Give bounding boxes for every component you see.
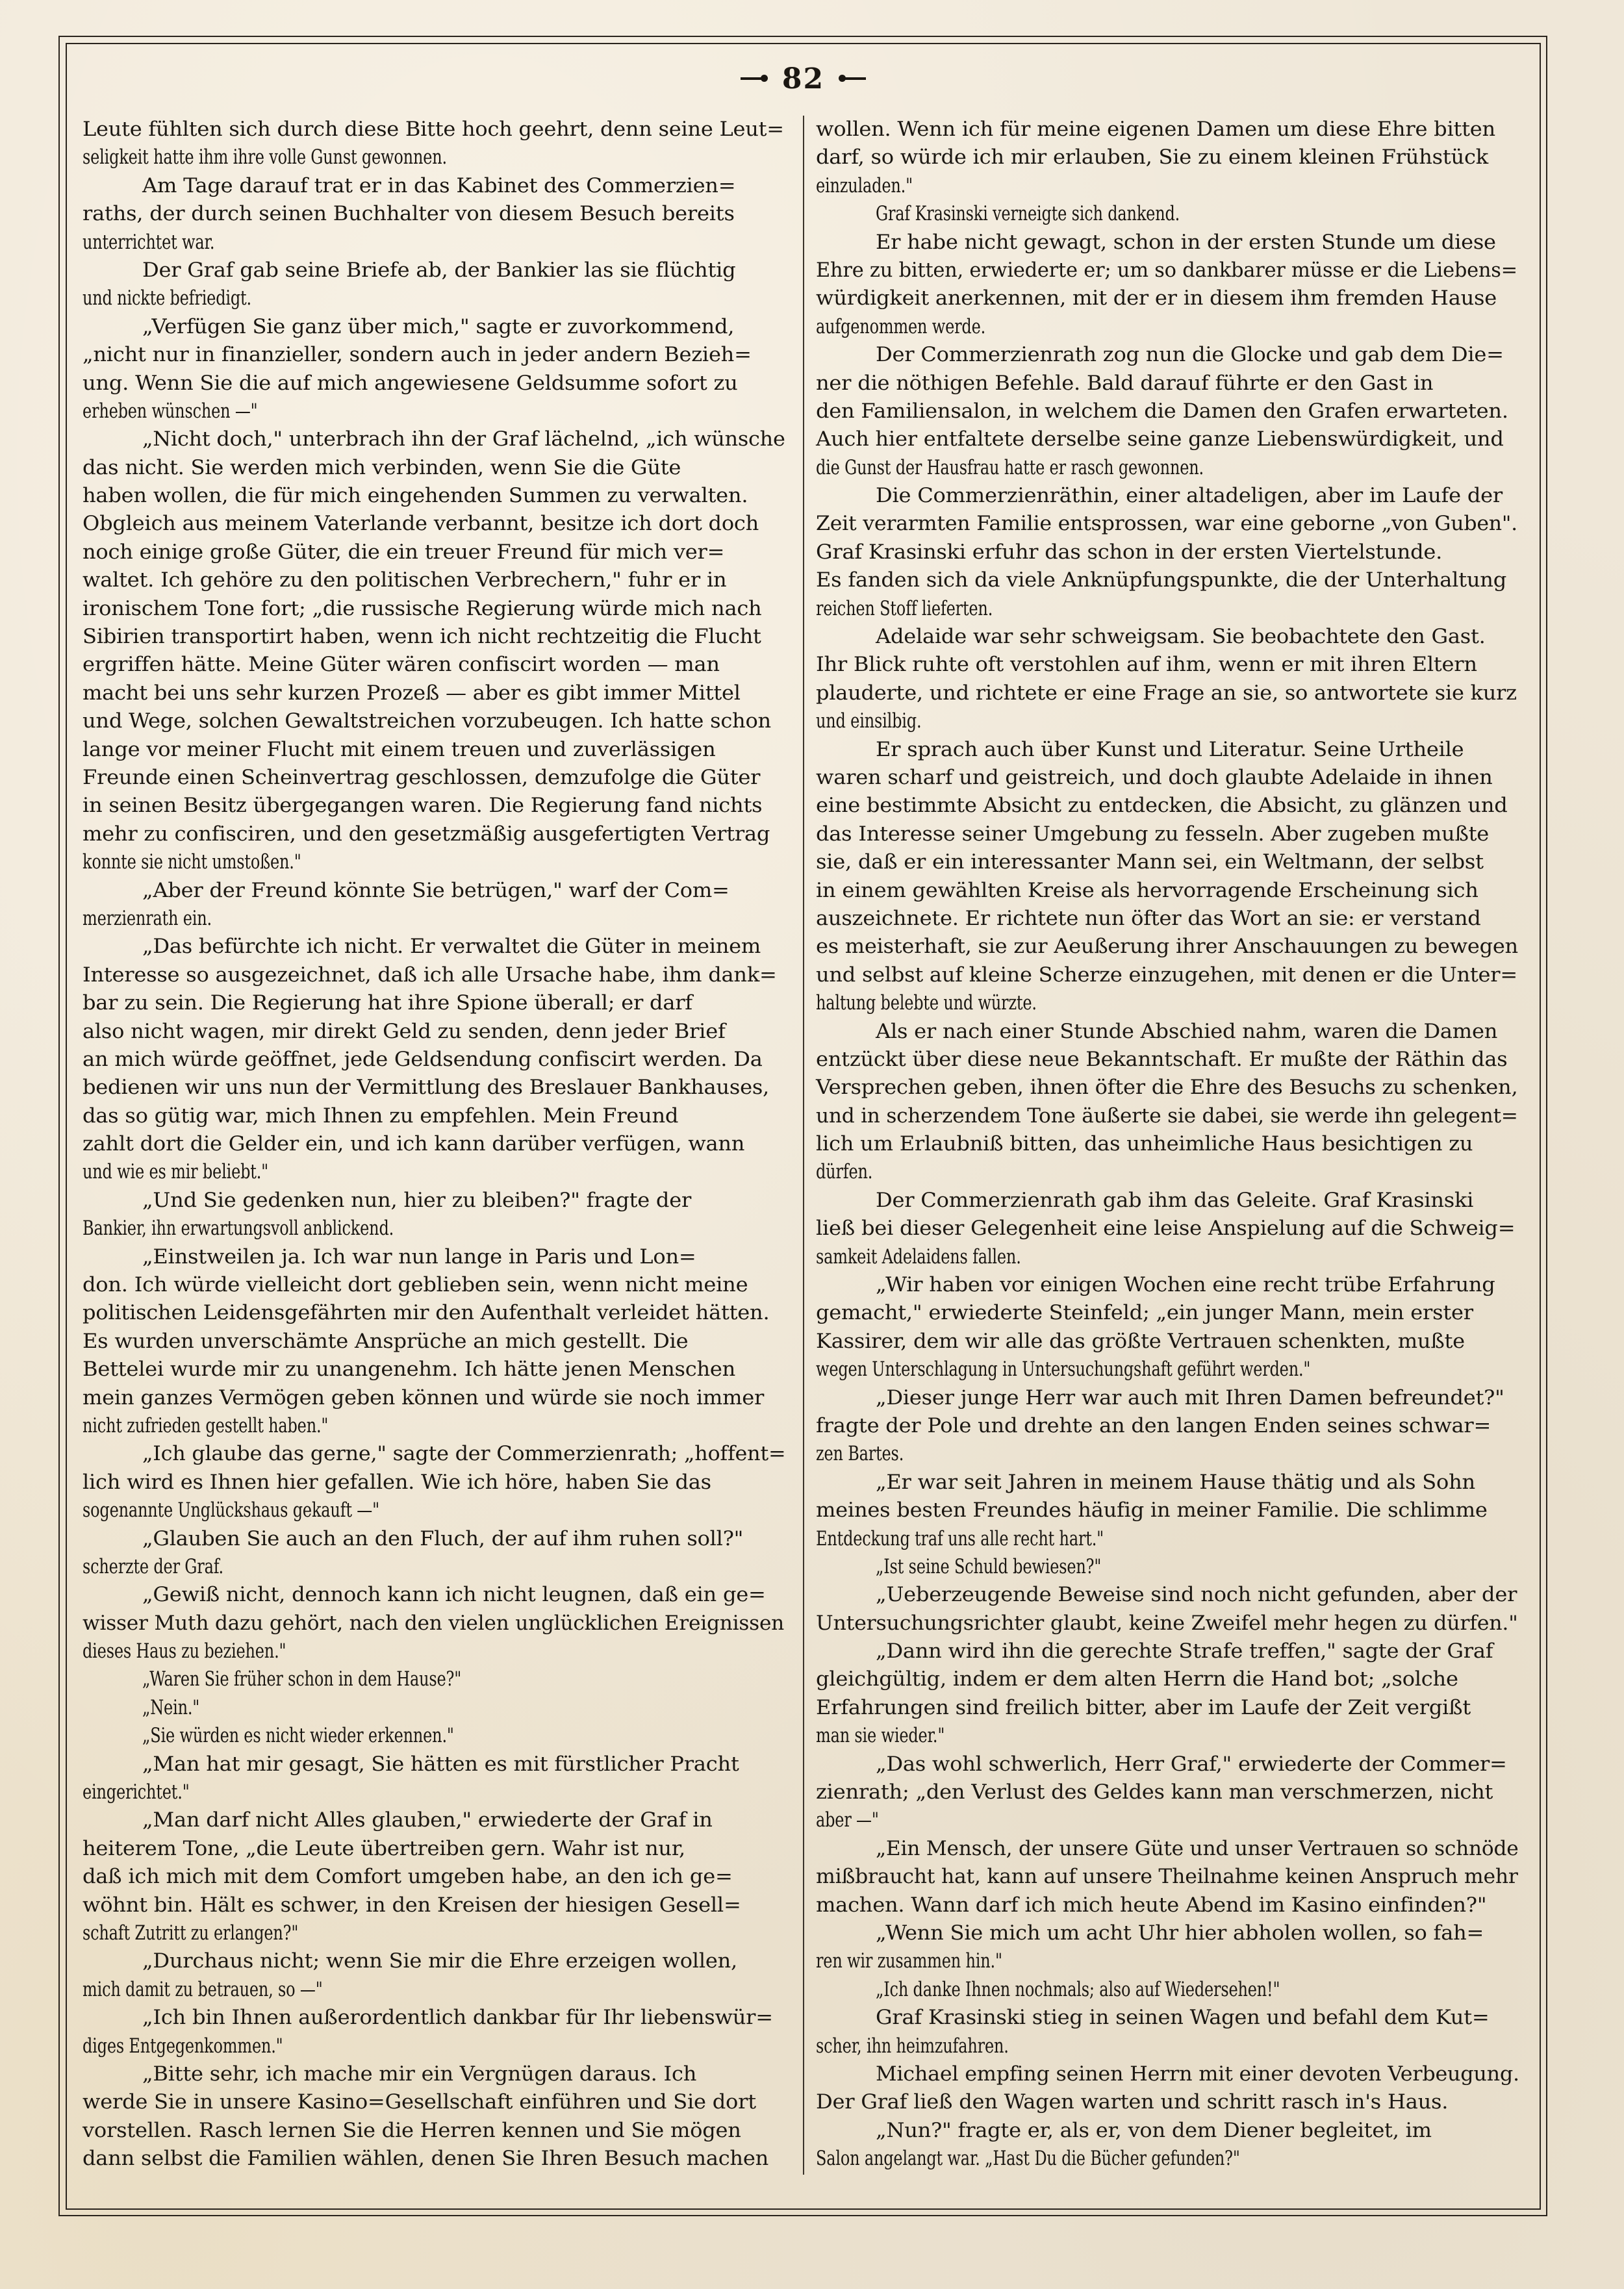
text-line: Erfahrungen sind freilich bitter, aber i… bbox=[816, 1694, 1480, 1722]
text-line: Obgleich aus meinem Vaterlande verbannt,… bbox=[82, 510, 768, 538]
text-line: lich wird es Ihnen hier gefallen. Wie ic… bbox=[82, 1469, 720, 1497]
text-line: ner die nöthigen Befehle. Bald darauf fü… bbox=[816, 370, 1442, 398]
text-line: wegen Unterschlagung in Untersuchungshaf… bbox=[816, 1356, 1317, 1384]
text-line: „Man hat mir gesagt, Sie hätten es mit f… bbox=[142, 1751, 748, 1778]
text-line: „nicht nur in finanzieller, sondern auch… bbox=[82, 341, 761, 369]
text-line: „Durchaus nicht; wenn Sie mir die Ehre e… bbox=[142, 1947, 746, 1975]
text-line: aufgenommen werde. bbox=[816, 313, 987, 341]
text-line: Entdeckung traf uns alle recht hart." bbox=[816, 1525, 1108, 1553]
text-line: „Ein Mensch, der unsere Güte und unser V… bbox=[876, 1835, 1527, 1863]
text-line: und selbst auf kleine Scherze einzugehen… bbox=[816, 961, 1527, 989]
text-line: Auch hier entfaltete derselbe seine ganz… bbox=[816, 425, 1513, 453]
text-line: an mich würde geöffnet, jede Geldsendung… bbox=[82, 1046, 770, 1074]
text-line: den Familiensalon, in welchem die Damen … bbox=[816, 398, 1517, 425]
text-line: einzuladen." bbox=[816, 172, 914, 200]
text-line: unterrichtet war. bbox=[82, 229, 216, 257]
text-line: bar zu sein. Die Regierung hat ihre Spio… bbox=[82, 989, 702, 1017]
text-line: Bettelei wurde mir zu unangenehm. Ich hä… bbox=[82, 1356, 744, 1384]
text-line: auszeichnete. Er richtete nun öfter das … bbox=[816, 905, 1490, 933]
text-line: Kassirer, dem wir alle das größte Vertra… bbox=[816, 1328, 1474, 1356]
text-line: Leute fühlten sich durch diese Bitte hoc… bbox=[82, 116, 794, 144]
text-line: mich damit zu betrauen, so —" bbox=[82, 1976, 326, 2004]
text-line: Es fanden sich da viele Anknüpfungspunkt… bbox=[816, 566, 1516, 594]
text-line: raths, der durch seinen Buchhalter von d… bbox=[82, 200, 743, 228]
text-line: zen Bartes. bbox=[816, 1440, 905, 1468]
text-line: gemacht," erwiederte Steinfeld; „ein jun… bbox=[816, 1299, 1482, 1327]
text-line: „Ist seine Schuld bewiesen?" bbox=[876, 1553, 1104, 1581]
text-line: bedienen wir uns nun der Vermittlung des… bbox=[82, 1074, 778, 1102]
text-line: darf, so würde ich mir erlauben, Sie zu … bbox=[816, 144, 1497, 171]
text-line: die Gunst der Hausfrau hatte er rasch ge… bbox=[816, 454, 1209, 482]
text-line: waren scharf und geistreich, und doch gl… bbox=[816, 764, 1502, 792]
text-line: sie, daß er ein interessanter Mann sei, … bbox=[816, 848, 1493, 876]
text-line: mein ganzes Vermögen geben können und wü… bbox=[82, 1384, 772, 1412]
text-line: das nicht. Sie werden mich verbinden, we… bbox=[82, 454, 689, 482]
text-line: Untersuchungsrichter glaubt, keine Zweif… bbox=[816, 1610, 1527, 1638]
text-line: plauderte, und richtete er eine Frage an… bbox=[816, 679, 1527, 707]
text-line: Ihr Blick ruhte oft verstohlen auf ihm, … bbox=[816, 651, 1487, 679]
text-line: ren wir zusammen hin." bbox=[816, 1947, 1005, 1975]
text-line: man sie wieder." bbox=[816, 1722, 946, 1750]
text-line: Graf Krasinski verneigte sich dankend. bbox=[876, 200, 1184, 228]
text-line: das Interesse seiner Umgebung zu fesseln… bbox=[816, 820, 1498, 848]
text-line: „Man darf nicht Alles glauben," erwieder… bbox=[142, 1806, 720, 1834]
text-line: ung. Wenn Sie die auf mich angewiesene G… bbox=[82, 370, 746, 398]
text-line: Es wurden unverschämte Ansprüche an mich… bbox=[82, 1328, 696, 1356]
text-line: „Dieser junge Herr war auch mit Ihren Da… bbox=[876, 1384, 1513, 1412]
page-number: 82 bbox=[782, 62, 824, 95]
text-column-left: Leute fühlten sich durch diese Bitte hoc… bbox=[82, 116, 794, 2173]
text-line: Zeit verarmten Familie entsprossen, war … bbox=[816, 510, 1527, 538]
text-line: wollen. Wenn ich für meine eigenen Damen… bbox=[816, 116, 1504, 144]
text-line: in einem gewählten Kreise als hervorrage… bbox=[816, 877, 1487, 905]
text-line: merzienrath ein. bbox=[82, 905, 214, 933]
text-line: nicht zufrieden gestellt haben." bbox=[82, 1412, 332, 1440]
text-line: don. Ich würde vielleicht dort geblieben… bbox=[82, 1271, 757, 1299]
text-line: „Wir haben vor einigen Wochen eine recht… bbox=[876, 1271, 1503, 1299]
text-line: Sibirien transportirt haben, wenn ich ni… bbox=[82, 623, 771, 651]
text-line: „Sie würden es nicht wieder erkennen." bbox=[142, 1722, 458, 1750]
text-line: Der Commerzienrath gab ihm das Geleite. … bbox=[876, 1187, 1482, 1215]
text-line: ironischem Tone fort; „die russische Reg… bbox=[82, 595, 771, 623]
text-line: machen. Wann darf ich mich heute Abend i… bbox=[816, 1891, 1495, 1919]
text-line: und in scherzendem Tone äußerte sie dabe… bbox=[816, 1102, 1527, 1130]
text-line: Er sprach auch über Kunst und Literatur.… bbox=[876, 736, 1472, 764]
text-line: daß ich mich mit dem Comfort umgeben hab… bbox=[82, 1863, 741, 1891]
text-line: entzückt über diese neue Bekanntschaft. … bbox=[816, 1046, 1517, 1074]
column-divider bbox=[803, 116, 804, 2175]
text-line: Als er nach einer Stunde Abschied nahm, … bbox=[876, 1018, 1506, 1046]
text-line: Bankier, ihn erwartungsvoll anblickend. bbox=[82, 1215, 398, 1243]
text-line: „Ich bin Ihnen außerordentlich dankbar f… bbox=[142, 2004, 781, 2032]
text-line: „Nein." bbox=[142, 1694, 200, 1722]
text-line: aber —" bbox=[816, 1806, 880, 1834]
text-line: vorstellen. Rasch lernen Sie die Herren … bbox=[82, 2117, 750, 2145]
text-line: reichen Stoff lieferten. bbox=[816, 595, 995, 623]
text-line: meines besten Freundes häufig in meiner … bbox=[816, 1497, 1496, 1524]
text-line: „Glauben Sie auch an den Fluch, der auf … bbox=[142, 1525, 752, 1553]
text-line: „Das wohl schwerlich, Herr Graf," erwied… bbox=[876, 1751, 1516, 1778]
text-line: „Er war seit Jahren in meinem Hause thät… bbox=[876, 1469, 1484, 1497]
text-line: Der Graf gab seine Briefe ab, der Bankie… bbox=[142, 257, 744, 285]
text-line: heiterem Tone, „die Leute übertreiben ge… bbox=[82, 1835, 694, 1863]
text-line: Interesse so ausgezeichnet, daß ich alle… bbox=[82, 961, 786, 989]
text-line: wisser Muth dazu gehört, nach den vielen… bbox=[82, 1610, 794, 1638]
text-line: „Waren Sie früher schon in dem Hause?" bbox=[142, 1665, 466, 1693]
text-line: „Ich glaube das gerne," sagte der Commer… bbox=[142, 1440, 794, 1468]
text-line: ließ bei dieser Gelegenheit eine leise A… bbox=[816, 1215, 1525, 1243]
text-line: Freunde einen Scheinvertrag geschlossen,… bbox=[82, 764, 769, 792]
text-line: Adelaide war sehr schweigsam. Sie beobac… bbox=[876, 623, 1493, 651]
text-line: Michael empfing seinen Herrn mit einer d… bbox=[876, 2060, 1527, 2088]
text-line: dann selbst die Familien wählen, denen S… bbox=[82, 2145, 778, 2173]
text-line: mißbraucht hat, kann auf unsere Theilnah… bbox=[816, 1863, 1527, 1891]
text-line: „Aber der Freund könnte Sie betrügen," w… bbox=[142, 877, 737, 905]
text-line: in seinen Besitz übergegangen waren. Die… bbox=[82, 792, 772, 820]
text-line: und nickte befriedigt. bbox=[82, 285, 254, 312]
text-line: fragte der Pole und drehte an den langen… bbox=[816, 1412, 1500, 1440]
text-line: „Verfügen Sie ganz über mich," sagte er … bbox=[142, 313, 742, 341]
text-line: eingerichtet." bbox=[82, 1778, 191, 1806]
ornament-dash-right-icon bbox=[841, 77, 866, 80]
text-line: Salon angelangt war. „Hast Du die Bücher… bbox=[816, 2145, 1246, 2173]
text-line: erheben wünschen —" bbox=[82, 398, 260, 425]
text-line: würdigkeit anerkennen, mit der er in die… bbox=[816, 285, 1506, 312]
text-line: haltung belebte und würzte. bbox=[816, 989, 1039, 1017]
text-line: lange vor meiner Flucht mit einem treuen… bbox=[82, 736, 724, 764]
text-line: ergriffen hätte. Meine Güter wären confi… bbox=[82, 651, 727, 679]
text-line: scherzte der Graf. bbox=[82, 1553, 225, 1581]
text-line: „Nun?" fragte er, als er, von dem Diener… bbox=[876, 2117, 1440, 2145]
text-line: dieses Haus zu beziehen." bbox=[82, 1638, 289, 1665]
text-line: Graf Krasinski erfuhr das schon in der e… bbox=[816, 538, 1451, 566]
text-line: samkeit Adelaidens fallen. bbox=[816, 1243, 1024, 1271]
text-line: „Gewiß nicht, dennoch kann ich nicht leu… bbox=[142, 1581, 774, 1609]
text-line: politischen Leidensgefährten mir den Auf… bbox=[82, 1299, 779, 1327]
text-line: Am Tage darauf trat er in das Kabinet de… bbox=[142, 172, 744, 200]
text-line: also nicht wagen, mir direkt Geld zu sen… bbox=[82, 1018, 735, 1046]
text-line: Der Graf ließ den Wagen warten und schri… bbox=[816, 2088, 1457, 2116]
text-line: und Wege, solchen Gewaltstreichen vorzub… bbox=[82, 707, 780, 735]
text-line: diges Entgegenkommen." bbox=[82, 2032, 285, 2060]
text-line: lich um Erlaubniß bitten, das unheimlich… bbox=[816, 1130, 1482, 1158]
text-line: „Einstweilen ja. Ich war nun lange in Pa… bbox=[142, 1243, 704, 1271]
text-line: „Das befürchte ich nicht. Er verwaltet d… bbox=[142, 933, 769, 961]
text-line: Ehre zu bitten, erwiederte er; um so dan… bbox=[816, 257, 1527, 285]
ornament-dash-left-icon bbox=[741, 77, 765, 80]
text-line: „Dann wird ihn die gerechte Strafe treff… bbox=[876, 1638, 1501, 1665]
text-line: „Ich danke Ihnen nochmals; also auf Wied… bbox=[876, 1976, 1286, 2004]
text-line: dürfen. bbox=[816, 1158, 873, 1186]
text-line: macht bei uns sehr kurzen Prozeß — aber … bbox=[82, 679, 750, 707]
text-line: noch einige große Güter, die ein treuer … bbox=[82, 538, 733, 566]
text-line: Graf Krasinski stieg in seinen Wagen und… bbox=[876, 2004, 1497, 2032]
text-line: „Ueberzeugende Beweise sind noch nicht g… bbox=[876, 1581, 1525, 1609]
text-line: „Wenn Sie mich um acht Uhr hier abholen … bbox=[876, 1919, 1492, 1947]
text-line: „Nicht doch," unterbrach ihn der Graf lä… bbox=[142, 425, 794, 453]
text-line: schaft Zutritt zu erlangen?" bbox=[82, 1919, 301, 1947]
page-number-block: 82 bbox=[741, 62, 866, 95]
text-line: und einsilbig. bbox=[816, 707, 923, 735]
text-line: „Bitte sehr, ich mache mir ein Vergnügen… bbox=[142, 2060, 704, 2088]
text-line: haben wollen, die für mich eingehenden S… bbox=[82, 482, 757, 510]
text-line: „Und Sie gedenken nun, hier zu bleiben?"… bbox=[142, 1187, 699, 1215]
text-line: sogenannte Unglückshaus gekauft —" bbox=[82, 1497, 383, 1524]
text-line: seligkeit hatte ihm ihre volle Gunst gew… bbox=[82, 144, 452, 171]
text-line: waltet. Ich gehöre zu den politischen Ve… bbox=[82, 566, 736, 594]
text-line: und wie es mir beliebt." bbox=[82, 1158, 271, 1186]
text-line: scher, ihn heimzufahren. bbox=[816, 2032, 1011, 2060]
text-line: gleichgültig, indem er dem alten Herrn d… bbox=[816, 1665, 1467, 1693]
text-line: Der Commerzienrath zog nun die Glocke un… bbox=[876, 341, 1512, 369]
text-line: zienrath; „den Verlust des Geldes kann m… bbox=[816, 1778, 1502, 1806]
text-line: mehr zu confisciren, und den gesetzmäßig… bbox=[82, 820, 779, 848]
text-line: wöhnt bin. Hält es schwer, in den Kreise… bbox=[82, 1891, 750, 1919]
text-column-right: wollen. Wenn ich für meine eigenen Damen… bbox=[816, 116, 1527, 2173]
page-header: 82 bbox=[66, 43, 1541, 114]
text-line: zahlt dort die Gelder ein, und ich kann … bbox=[82, 1130, 754, 1158]
text-line: werde Sie in unsere Kasino=Gesellschaft … bbox=[82, 2088, 765, 2116]
text-line: Er habe nicht gewagt, schon in der erste… bbox=[876, 229, 1504, 257]
text-line: es meisterhaft, sie zur Aeußerung ihrer … bbox=[816, 933, 1527, 961]
text-line: eine bestimmte Absicht zu entdecken, die… bbox=[816, 792, 1517, 820]
text-line: Versprechen geben, ihnen öfter die Ehre … bbox=[816, 1074, 1527, 1102]
text-line: das so gütig war, mich Ihnen zu empfehle… bbox=[82, 1102, 687, 1130]
text-line: Die Commerzienräthin, einer altadeligen,… bbox=[876, 482, 1511, 510]
text-line: konnte sie nicht umstoßen." bbox=[82, 848, 304, 876]
